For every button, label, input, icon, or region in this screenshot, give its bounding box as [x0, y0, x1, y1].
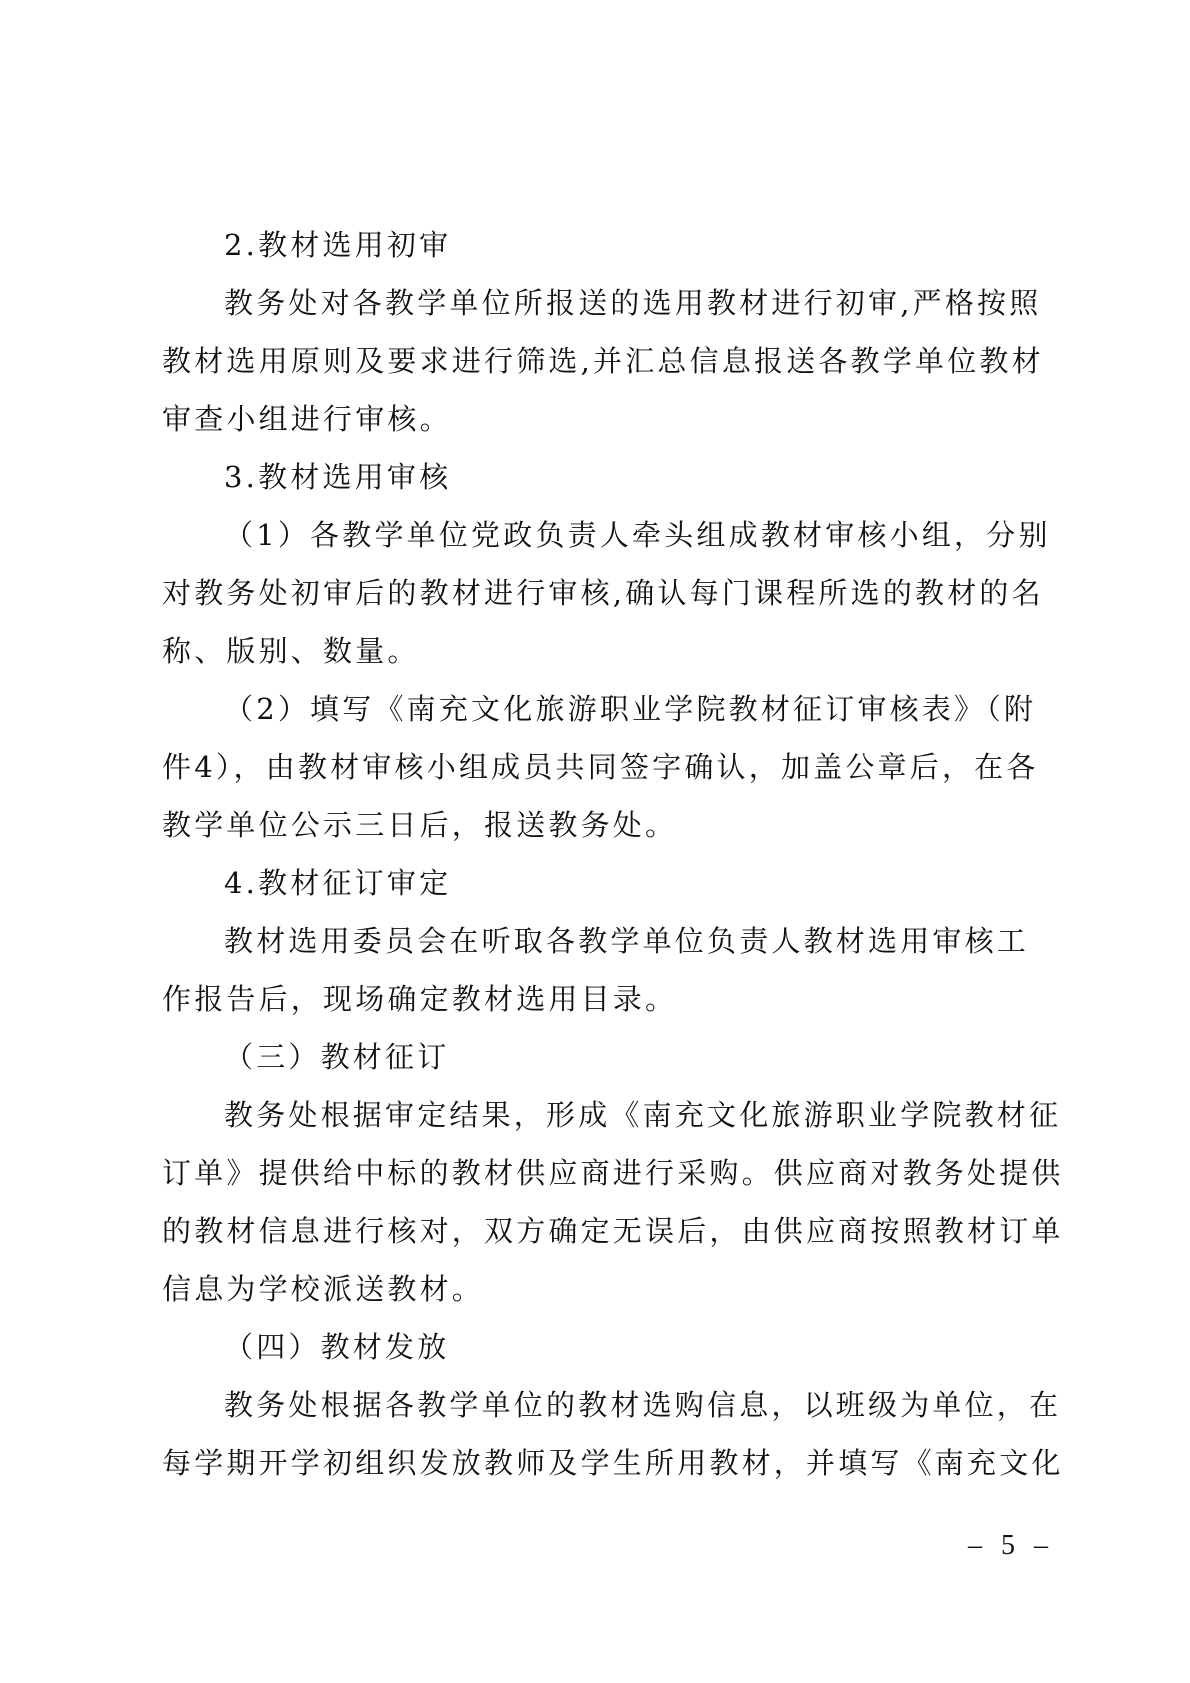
paragraph-line: 作报告后，现场确定教材选用目录。	[162, 979, 1042, 1019]
paragraph-line: 教务处根据审定结果，形成《南充文化旅游职业学院教材征	[224, 1095, 1104, 1135]
paragraph-line: 对教务处初审后的教材进行审核,确认每门课程所选的教材的名	[162, 573, 1042, 613]
page-number: – 5 –	[968, 1530, 1054, 1562]
paragraph-line: （1）各教学单位党政负责人牵头组成教材审核小组，分别	[224, 515, 1104, 555]
paragraph-line: 教务处根据各教学单位的教材选购信息，以班级为单位，在	[224, 1385, 1104, 1425]
heading-4-order-approval: 4.教材征订审定	[224, 863, 1104, 903]
document-page: 2.教材选用初审 教务处对各教学单位所报送的选用教材进行初审,严格按照 教材选用…	[0, 0, 1190, 1683]
section-heading-distribution: （四）教材发放	[224, 1327, 1104, 1367]
heading-2-initial-review: 2.教材选用初审	[224, 225, 1104, 265]
paragraph-line: 教学单位公示三日后，报送教务处。	[162, 805, 1042, 845]
paragraph-line: 教务处对各教学单位所报送的选用教材进行初审,严格按照	[224, 283, 1104, 323]
paragraph-line: 称、版别、数量。	[162, 631, 1042, 671]
paragraph-line: 每学期开学初组织发放教师及学生所用教材，并填写《南充文化	[162, 1443, 1042, 1483]
heading-3-selection-review: 3.教材选用审核	[224, 457, 1104, 497]
paragraph-line: 审查小组进行审核。	[162, 399, 1042, 439]
paragraph-line: 教材选用原则及要求进行筛选,并汇总信息报送各教学单位教材	[162, 341, 1042, 381]
paragraph-line: 教材选用委员会在听取各教学单位负责人教材选用审核工	[224, 921, 1104, 961]
paragraph-line: 的教材信息进行核对，双方确定无误后，由供应商按照教材订单	[162, 1211, 1042, 1251]
paragraph-line: 件4），由教材审核小组成员共同签字确认，加盖公章后，在各	[162, 747, 1042, 787]
paragraph-line: 订单》提供给中标的教材供应商进行采购。供应商对教务处提供	[162, 1153, 1042, 1193]
paragraph-line: 信息为学校派送教材。	[162, 1269, 1042, 1309]
paragraph-line: （2）填写《南充文化旅游职业学院教材征订审核表》（附	[224, 689, 1104, 729]
section-heading-ordering: （三）教材征订	[224, 1037, 1104, 1077]
